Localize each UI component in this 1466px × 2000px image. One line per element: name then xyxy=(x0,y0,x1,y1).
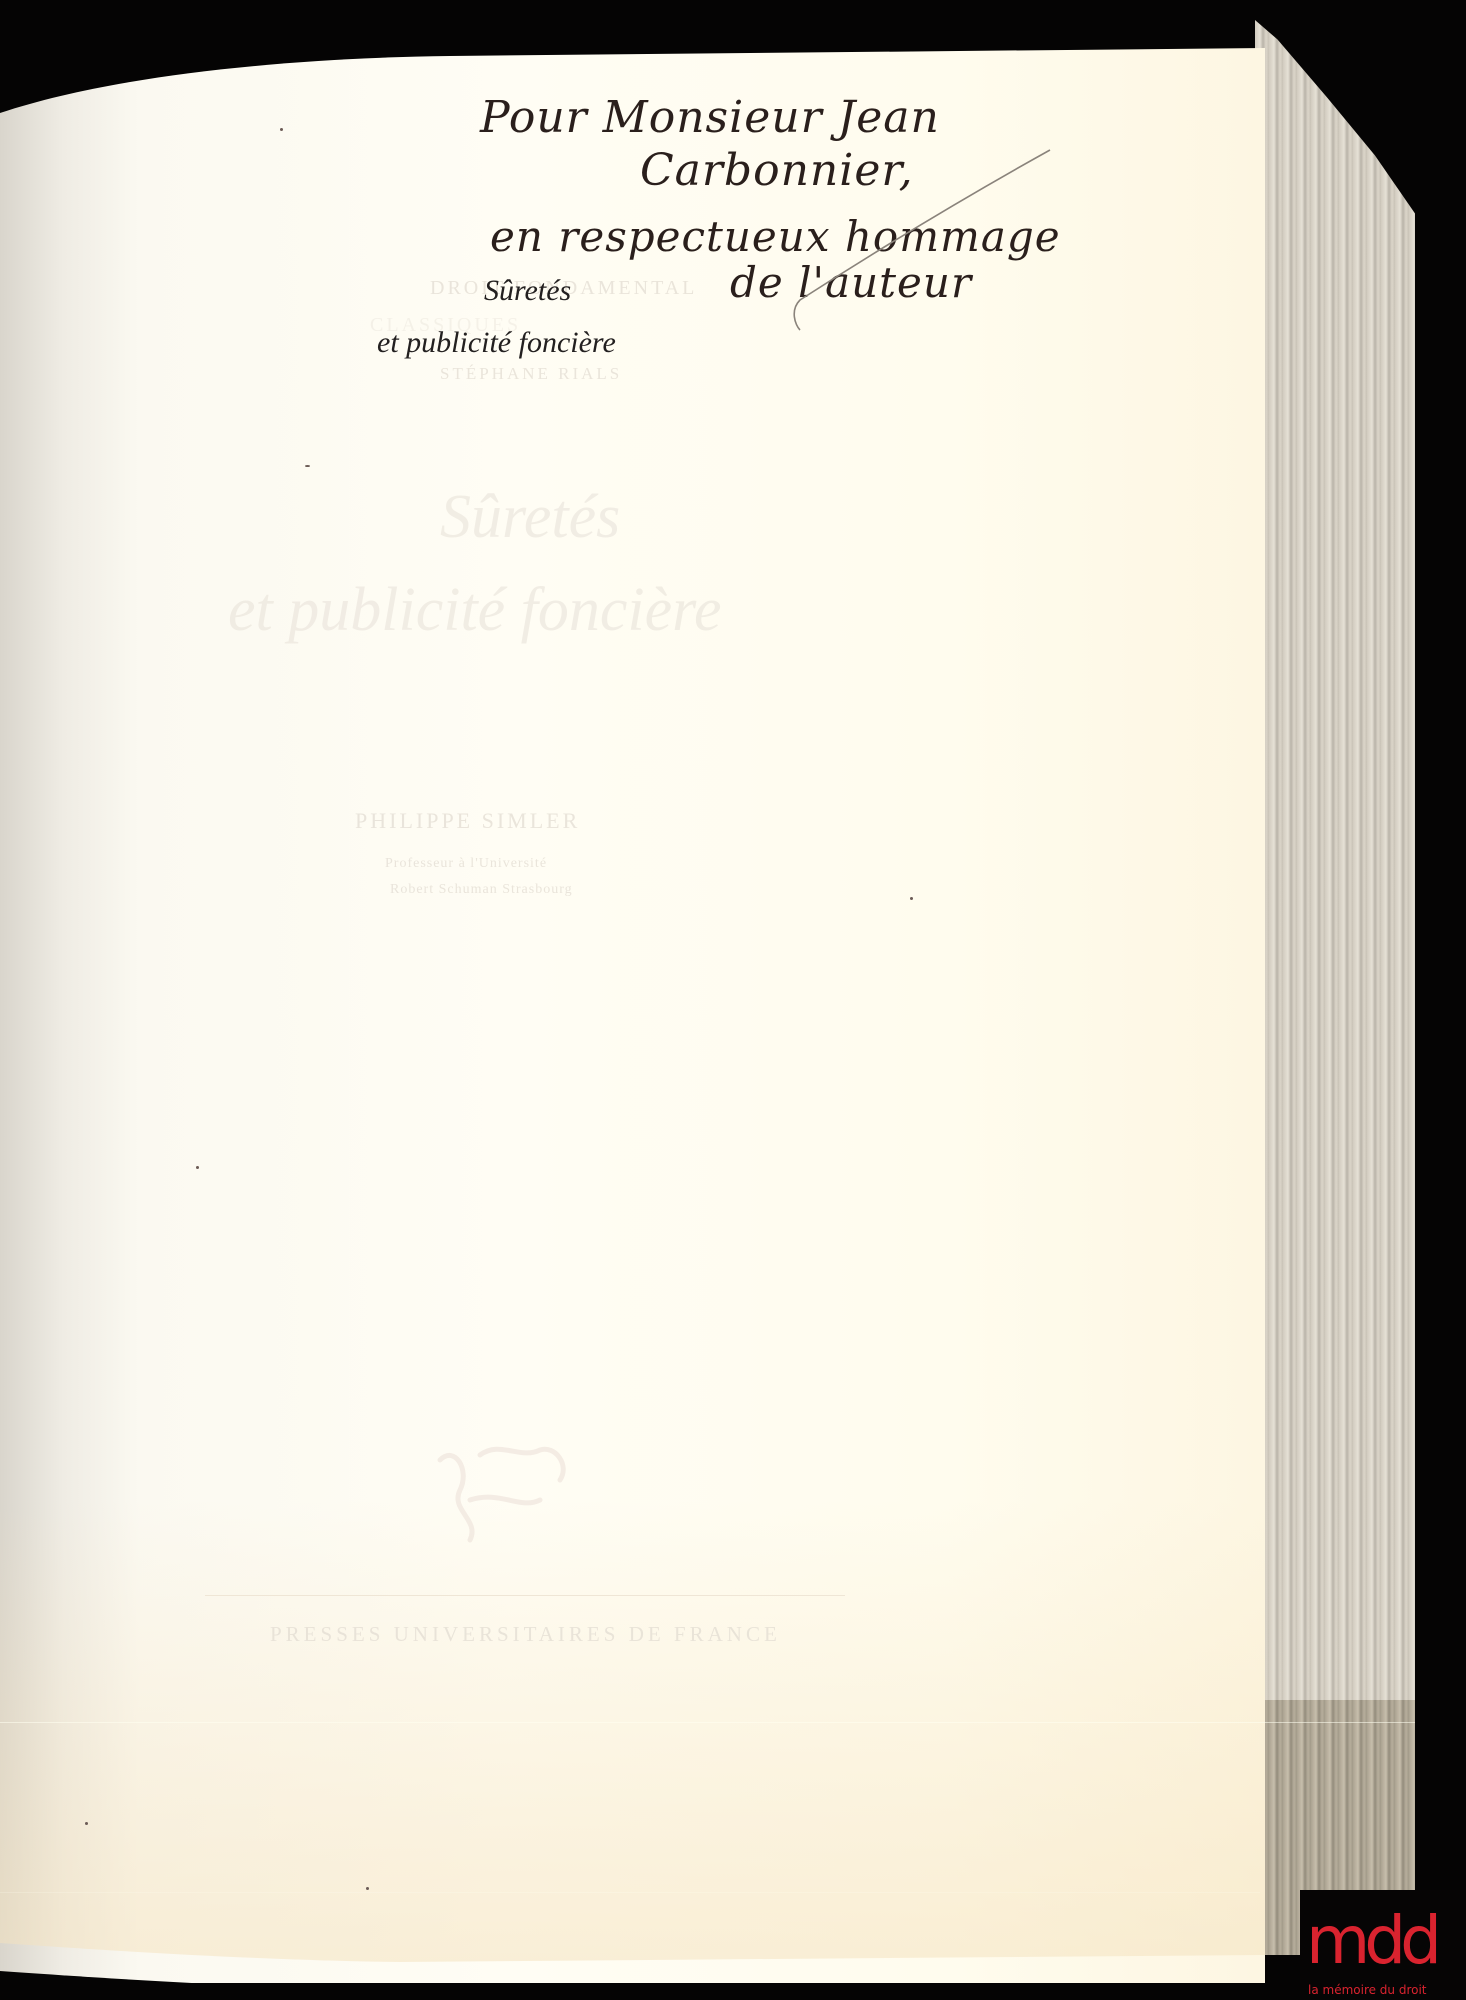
dust-speck xyxy=(305,465,310,467)
dedication-line-2: Carbonnier, xyxy=(640,145,914,196)
ghost-series-line-3: STÉPHANE RIALS xyxy=(440,364,622,384)
mdd-logo: mdd la mémoire du droit xyxy=(1300,1890,1466,2000)
dust-speck xyxy=(280,128,283,131)
title-line-1: Sûretés xyxy=(484,276,571,306)
dedication-line-1: Pour Monsieur Jean xyxy=(480,92,940,143)
title-line-2: et publicité foncière xyxy=(377,328,616,358)
page-edges xyxy=(1255,20,1415,1955)
ghost-author-detail-2: Robert Schuman Strasbourg xyxy=(390,882,573,898)
scan-line xyxy=(0,1892,1260,1893)
ghost-author: PHILIPPE SIMLER xyxy=(355,808,580,834)
dust-speck xyxy=(910,897,913,900)
ghost-author-detail-1: Professeur à l'Université xyxy=(385,856,547,872)
ghost-title-line-2: et publicité foncière xyxy=(228,575,722,646)
logo-mark: mdd xyxy=(1306,1908,1436,1974)
dust-speck xyxy=(366,1887,369,1890)
ghost-title-line-1: Sûretés xyxy=(440,482,620,553)
book-scan: DROIT FONDAMENTAL CLASSIQUES STÉPHANE RI… xyxy=(0,0,1466,2000)
ghost-publisher: PRESSES UNIVERSITAIRES DE FRANCE xyxy=(270,1622,781,1647)
scan-line xyxy=(0,1722,1415,1723)
logo-tagline: la mémoire du droit xyxy=(1308,1983,1427,1997)
dedication-line-3: en respectueux hommage xyxy=(490,212,1061,261)
ghost-rule xyxy=(205,1595,845,1596)
dedication-line-4: de l'auteur xyxy=(730,258,972,307)
dust-speck xyxy=(196,1166,199,1169)
title-page xyxy=(0,28,1265,1983)
dust-speck xyxy=(85,1822,88,1825)
